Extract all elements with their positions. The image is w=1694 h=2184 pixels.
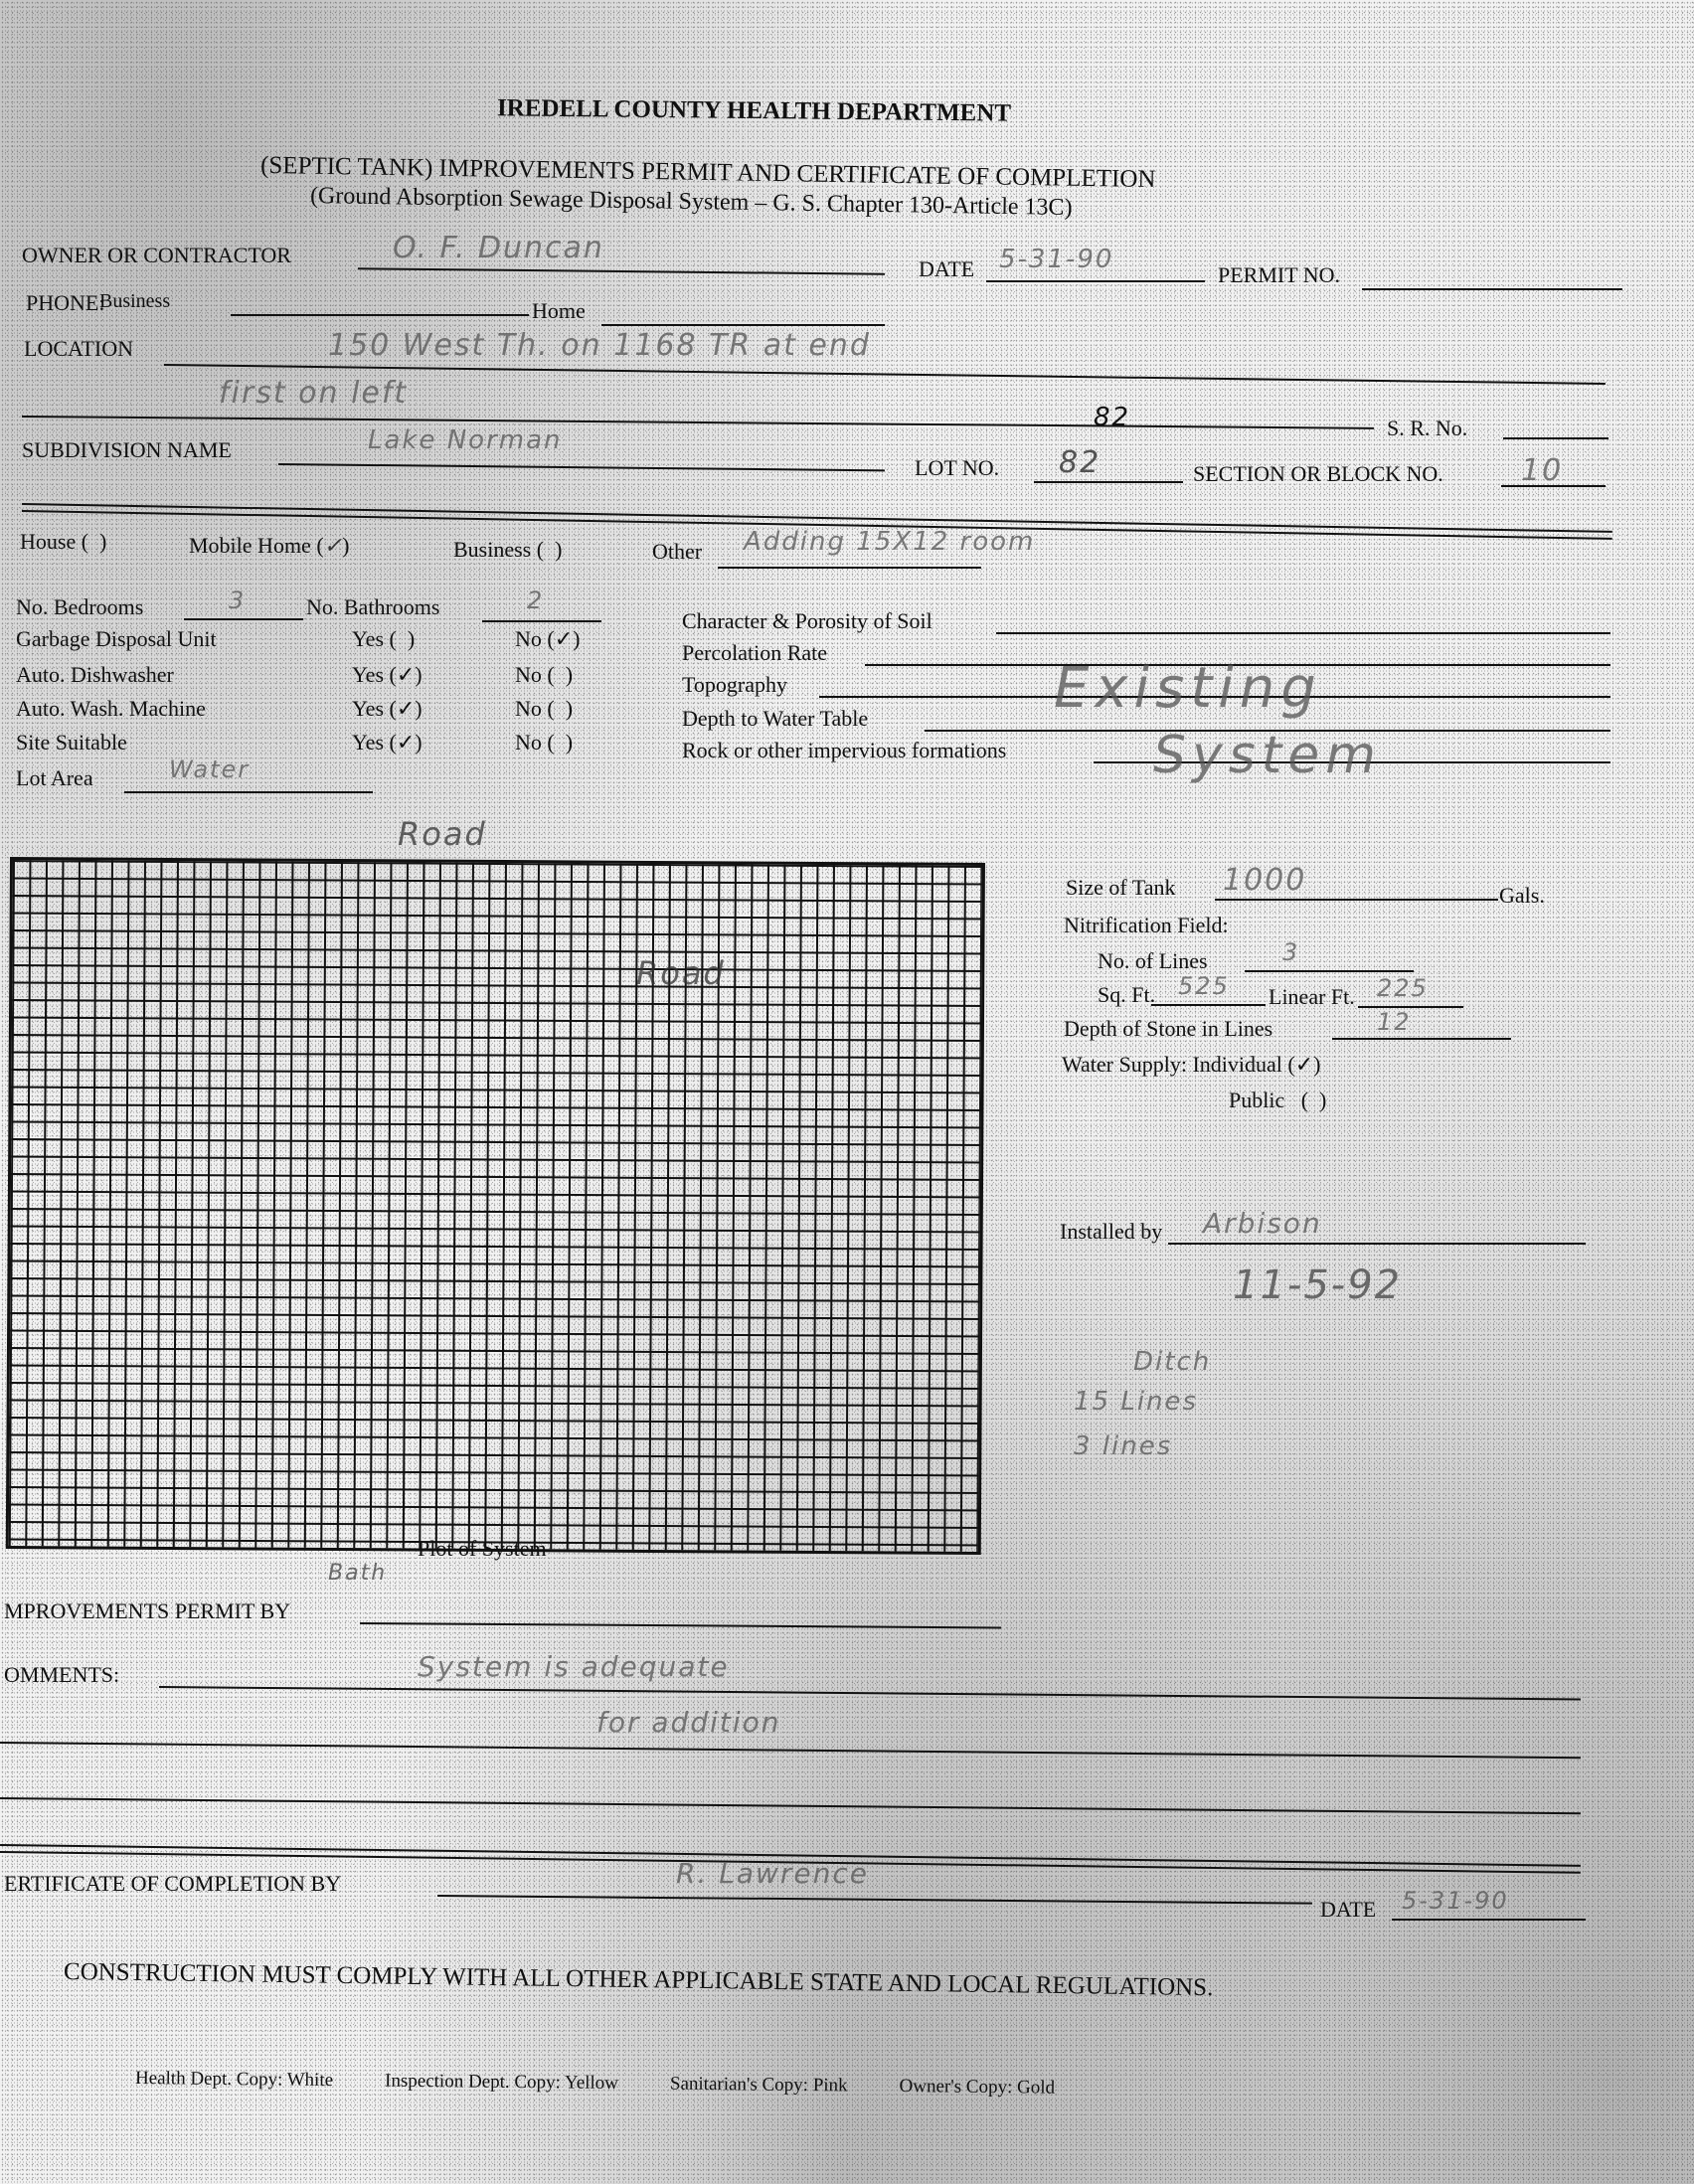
feature-no-checkbox[interactable]: No (✓) <box>515 626 580 652</box>
bathrooms-label: No. Bathrooms <box>306 594 439 620</box>
compliance-notice: CONSTRUCTION MUST COMPLY WITH ALL OTHER … <box>64 1958 1214 2002</box>
stone-depth-line <box>1332 1038 1511 1040</box>
stone-depth-label: Depth of Stone in Lines <box>1064 1016 1272 1042</box>
public-checkbox[interactable]: ( ) <box>1301 1088 1327 1112</box>
soil-note-existing: Existing <box>1054 656 1322 721</box>
plot-sketch-label-3: Bath <box>328 1561 387 1586</box>
soil-field-label: Percolation Rate <box>682 640 827 666</box>
linear-ft-value[interactable]: 225 <box>1377 974 1429 1002</box>
public-label: Public <box>1229 1088 1284 1112</box>
soil-field-label: Topography <box>682 672 787 698</box>
sqft-value[interactable]: 525 <box>1178 972 1230 1000</box>
agency-title: IREDELL COUNTY HEALTH DEPARTMENT <box>497 94 1011 127</box>
location-value-1[interactable]: 150 West Th. on 1168 TR at end <box>328 328 871 363</box>
subdivision-label: SUBDIVISION NAME <box>22 437 232 463</box>
location-label: LOCATION <box>24 336 133 362</box>
lot-area-value[interactable]: Water <box>169 756 250 783</box>
soil-field-label: Rock or other impervious formations <box>682 738 1006 763</box>
business-option[interactable]: Business ( ) <box>453 537 562 563</box>
feature-label: Garbage Disposal Unit <box>16 626 217 651</box>
nitrification-label: Nitrification Field: <box>1064 913 1229 938</box>
sr-no-line[interactable] <box>1503 437 1609 439</box>
business-phone-line[interactable] <box>231 314 529 316</box>
sqft-line <box>1151 1004 1266 1006</box>
feature-yes-checkbox[interactable]: Yes (✓) <box>352 662 423 688</box>
feature-row: Garbage Disposal UnitYes ( )No (✓) <box>16 626 217 652</box>
bedrooms-label: No. Bedrooms <box>16 594 143 620</box>
feature-no-checkbox[interactable]: No ( ) <box>515 662 573 688</box>
feature-label: Auto. Dishwasher <box>16 662 174 687</box>
comments-value-2[interactable]: for addition <box>596 1706 781 1739</box>
phone-label: PHONE: <box>26 290 104 316</box>
tank-note-1: Ditch <box>1133 1347 1211 1377</box>
date-value[interactable]: 5-31-90 <box>999 245 1113 274</box>
lines-line <box>1245 970 1414 972</box>
water-supply-label: Water Supply: Individual (✓) <box>1062 1052 1320 1078</box>
individual-checkbox[interactable]: (✓) <box>1287 1052 1320 1077</box>
copy-inspection-dept: Inspection Dept. Copy: Yellow <box>385 2071 618 2095</box>
lot-area-label: Lot Area <box>16 765 93 791</box>
soil-field-label: Depth to Water Table <box>682 706 868 732</box>
plot-sketch-label-1: Road <box>398 815 487 853</box>
individual-label: Individual <box>1192 1052 1281 1077</box>
subdivision-value[interactable]: Lake Norman <box>368 425 563 455</box>
certificate-label: ERTIFICATE OF COMPLETION BY <box>4 1871 341 1897</box>
tank-size-unit: Gals. <box>1499 883 1545 909</box>
feature-yes-checkbox[interactable]: Yes (✓) <box>352 730 423 756</box>
feature-no-checkbox[interactable]: No ( ) <box>515 730 573 756</box>
other-label: Other <box>652 539 702 565</box>
feature-no-checkbox[interactable]: No ( ) <box>515 696 573 722</box>
copy-distribution: Health Dept. Copy: White Inspection Dept… <box>135 2068 1055 2100</box>
bedrooms-value[interactable]: 3 <box>229 587 246 614</box>
soil-field-line[interactable] <box>996 632 1610 634</box>
feature-row: Auto. DishwasherYes (✓)No ( ) <box>16 662 174 688</box>
copy-health-dept: Health Dept. Copy: White <box>135 2068 333 2092</box>
date-label: DATE <box>919 256 974 282</box>
certificate-date-line <box>1392 1919 1586 1921</box>
location-line-2 <box>22 416 1374 429</box>
feature-label: Auto. Wash. Machine <box>16 696 206 721</box>
water-supply-text: Water Supply: <box>1062 1052 1187 1077</box>
copy-owner: Owner's Copy: Gold <box>899 2076 1055 2100</box>
bedrooms-line <box>184 618 303 620</box>
tank-size-label: Size of Tank <box>1066 875 1175 901</box>
feature-yes-checkbox[interactable]: Yes ( ) <box>352 626 415 652</box>
public-option: Public ( ) <box>1229 1088 1326 1113</box>
permit-no-label: PERMIT NO. <box>1218 262 1340 288</box>
copy-sanitarian: Sanitarian's Copy: Pink <box>670 2074 848 2098</box>
feature-yes-checkbox[interactable]: Yes (✓) <box>352 696 423 722</box>
installed-by-value[interactable]: Arbison <box>1203 1207 1322 1240</box>
other-line <box>718 567 981 569</box>
certificate-date-label: DATE <box>1320 1897 1376 1923</box>
lines-label: No. of Lines <box>1098 948 1208 974</box>
comments-line-3[interactable] <box>0 1797 1581 1814</box>
certificate-line <box>437 1895 1312 1905</box>
plot-grid[interactable] <box>6 857 985 1555</box>
location-value-2[interactable]: first on left <box>219 376 408 411</box>
business-phone-label: Business <box>99 290 170 313</box>
comments-label: OMMENTS: <box>4 1662 119 1688</box>
tank-note-3: 3 lines <box>1074 1431 1172 1461</box>
owner-line <box>358 267 885 275</box>
plot-sketch-label-2: Road <box>636 954 726 992</box>
feature-row: Site SuitableYes (✓)No ( ) <box>16 730 127 756</box>
certificate-date-value[interactable]: 5-31-90 <box>1402 1887 1509 1915</box>
comments-value-1[interactable]: System is adequate <box>418 1650 730 1683</box>
bathrooms-line <box>482 620 601 622</box>
stone-depth-value[interactable]: 12 <box>1377 1008 1412 1036</box>
permit-by-label: MPROVEMENTS PERMIT BY <box>4 1598 290 1624</box>
mobile-home-option[interactable]: Mobile Home (✓) <box>189 533 349 559</box>
feature-row: Auto. Wash. MachineYes (✓)No ( ) <box>16 696 206 722</box>
section-label: SECTION OR BLOCK NO. <box>1193 461 1443 487</box>
installed-by-line <box>1168 1243 1586 1245</box>
sr-no-label: S. R. No. <box>1387 416 1467 441</box>
soil-note-system: System <box>1153 726 1382 785</box>
lot-no-value[interactable]: 82 <box>1059 445 1101 480</box>
bathrooms-value[interactable]: 2 <box>527 587 544 614</box>
certificate-value[interactable]: R. Lawrence <box>676 1857 869 1890</box>
soil-field-label: Character & Porosity of Soil <box>682 608 932 634</box>
location-annotation: 82 <box>1094 403 1130 432</box>
feature-label: Site Suitable <box>16 730 127 755</box>
lot-no-line <box>1034 481 1183 483</box>
lot-area-line <box>124 791 373 793</box>
other-value[interactable]: Adding 15X12 room <box>744 527 1035 557</box>
plot-caption: Plot of System <box>418 1536 547 1562</box>
lot-no-label: LOT NO. <box>915 455 999 481</box>
lines-value[interactable]: 3 <box>1282 938 1299 966</box>
tank-size-line <box>1215 899 1498 901</box>
comments-line-2 <box>0 1742 1581 1759</box>
tank-size-value[interactable]: 1000 <box>1223 863 1306 898</box>
home-phone-line[interactable] <box>601 324 885 326</box>
owner-label: OWNER OR CONTRACTOR <box>22 243 291 268</box>
tank-note-2: 15 Lines <box>1074 1387 1198 1417</box>
comments-line-1 <box>159 1686 1581 1700</box>
house-option[interactable]: House ( ) <box>20 529 106 555</box>
owner-value[interactable]: O. F. Duncan <box>393 231 604 265</box>
permit-no-line[interactable] <box>1362 288 1622 290</box>
installed-by-label: Installed by <box>1060 1219 1162 1245</box>
date-line <box>986 280 1205 282</box>
installed-date: 11-5-92 <box>1233 1262 1402 1308</box>
section-value[interactable]: 10 <box>1521 453 1563 488</box>
home-phone-label: Home <box>532 298 586 324</box>
linear-ft-label: Linear Ft. <box>1269 984 1355 1010</box>
subdivision-line <box>278 463 885 471</box>
permit-by-line[interactable] <box>360 1622 1001 1629</box>
sqft-label: Sq. Ft. <box>1098 982 1155 1008</box>
